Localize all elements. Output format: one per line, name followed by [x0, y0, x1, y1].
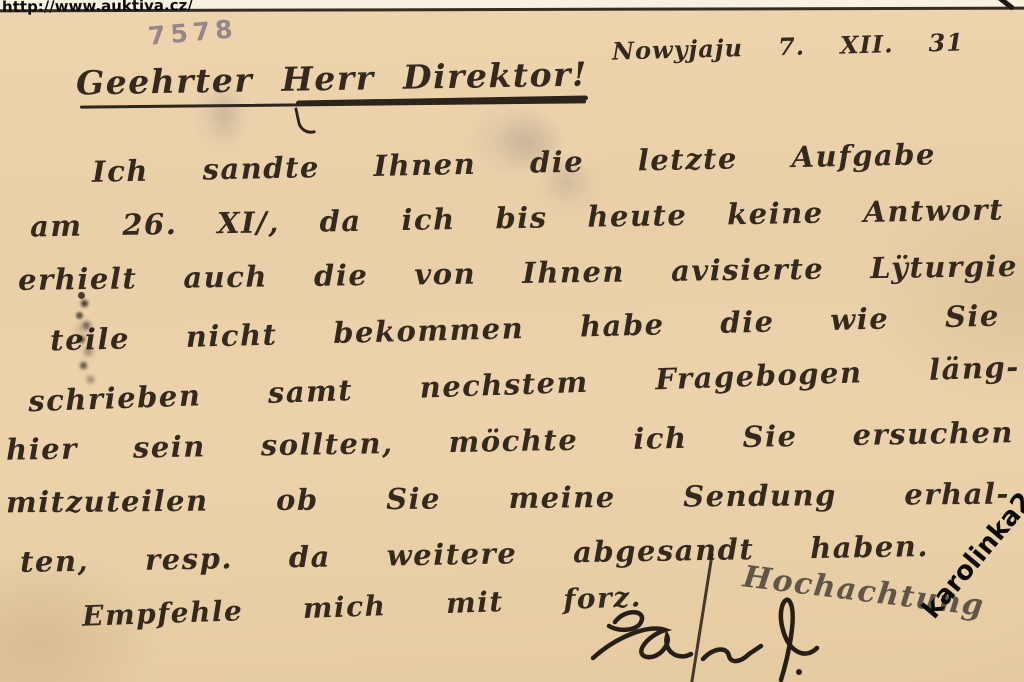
handwritten-line: mitzuteilen ob Sie meine Sendung erhal-: [6, 473, 1010, 524]
handwritten-closing-left: Empfehle mich mit forz.: [81, 576, 642, 638]
watermark-source-url: http://www.auktiva.cz/: [2, 0, 193, 16]
signature-flourish: [585, 596, 845, 682]
ink-blot: [78, 292, 85, 299]
catalog-number-pencil: 7578: [147, 14, 239, 51]
faded-smudge: [204, 88, 246, 144]
handwritten-line: am 26. XI/, da ich bis heute keine Antwo…: [30, 189, 1005, 248]
signature: [585, 596, 845, 682]
underline-hook-flourish: [294, 105, 316, 137]
faded-smudge: [540, 158, 592, 204]
handwritten-line: erhielt auch die von Ihnen avisierte Lÿt…: [18, 245, 1018, 301]
postcard-scan: http://www.auktiva.cz/ 7578 Nowyjaju 7. …: [0, 0, 1024, 682]
handwritten-line: hier sein sollten, möchte ich Sie ersuch…: [6, 411, 1015, 471]
handwritten-dateline: Nowyjaju 7. XII. 31: [612, 21, 965, 72]
